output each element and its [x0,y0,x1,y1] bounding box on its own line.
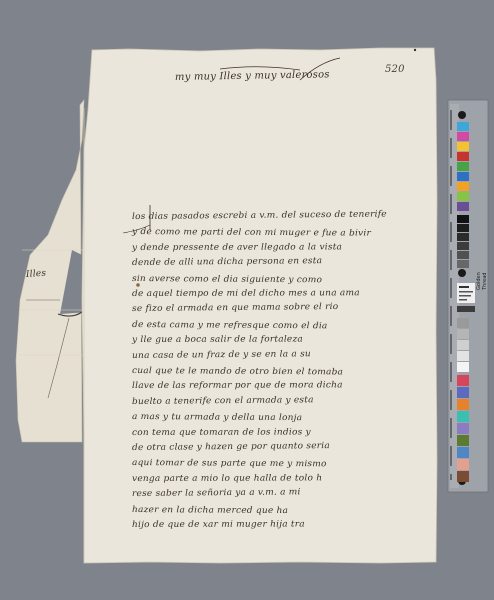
color-patch [457,182,469,191]
color-patch [457,375,469,386]
color-patch [457,122,469,131]
color-patch [457,399,469,410]
gray-patches-dark [457,215,469,269]
color-patches-top [457,122,469,212]
color-patch [457,162,469,171]
scan-scene: Golden Thread my muy Illes y muy valeros… [0,0,494,600]
manuscript-line: llave de las reformar por que de mora di… [132,381,343,392]
color-patch [457,233,469,241]
manuscript-line: a mas y tu armada y della una lonja [132,412,302,423]
color-patch [457,202,469,211]
color-patch [457,471,469,482]
color-patch [457,447,469,458]
color-patch [457,172,469,181]
manuscript-line: con tema que tomaran de los indios y [132,427,311,438]
manuscript-line: sin averse como el dia siguiente y como [132,274,322,285]
color-patch [457,329,469,339]
manuscript-line: de esta cama y me refresque como el dia [132,320,328,331]
color-patch [457,224,469,232]
color-patch [457,435,469,446]
color-patch [457,423,469,434]
color-patch [457,132,469,141]
color-patch [457,459,469,470]
manuscript-line: hazer en la dicha merced que ha [132,505,288,516]
color-patches-bottom [457,375,469,483]
manuscript-line: de otra clase y hazen ge por quanto seri… [132,441,330,453]
color-patch [457,215,469,223]
manuscript-line: rese saber la señoria ya a v.m. a mi [132,488,301,500]
color-patch [457,192,469,201]
manuscript-line: y de como me parti del con mi muger e fu… [132,227,371,239]
color-patch [457,318,469,328]
manuscript-line: de aquel tiempo de mi del dicho mes a un… [132,288,360,299]
color-patch [457,351,469,361]
manuscript-line: y lle gue a boca salir de la fortaleza [132,335,303,346]
color-patch [457,387,469,398]
color-patch [457,152,469,161]
manuscript-line: aqui tomar de sus parte que me y mismo [132,458,327,469]
gray-patches-light [457,318,469,373]
color-patch [457,362,469,372]
folio-number: 520 [385,64,405,75]
manuscript-line: buelto a tenerife con el armada y esta [132,395,314,407]
color-patch [457,251,469,259]
color-patch [457,142,469,151]
manuscript-line: hijo de que de xar mi muger hija tra [132,519,305,530]
manuscript-line: y dende pressente de aver llegado a la v… [132,242,342,253]
color-patch [457,411,469,422]
color-patch [457,242,469,250]
margin-annotation: Illes [26,269,47,280]
color-target-label: Golden Thread [476,272,488,290]
manuscript-line: una casa de un fraz de y se en la a su [132,349,311,361]
color-patch [457,340,469,350]
manuscript-line: cual que te le mando de otro bien el tom… [132,366,343,377]
color-patch [457,260,469,268]
manuscript-line: venga parte a mio lo que halla de tolo h [132,473,322,484]
